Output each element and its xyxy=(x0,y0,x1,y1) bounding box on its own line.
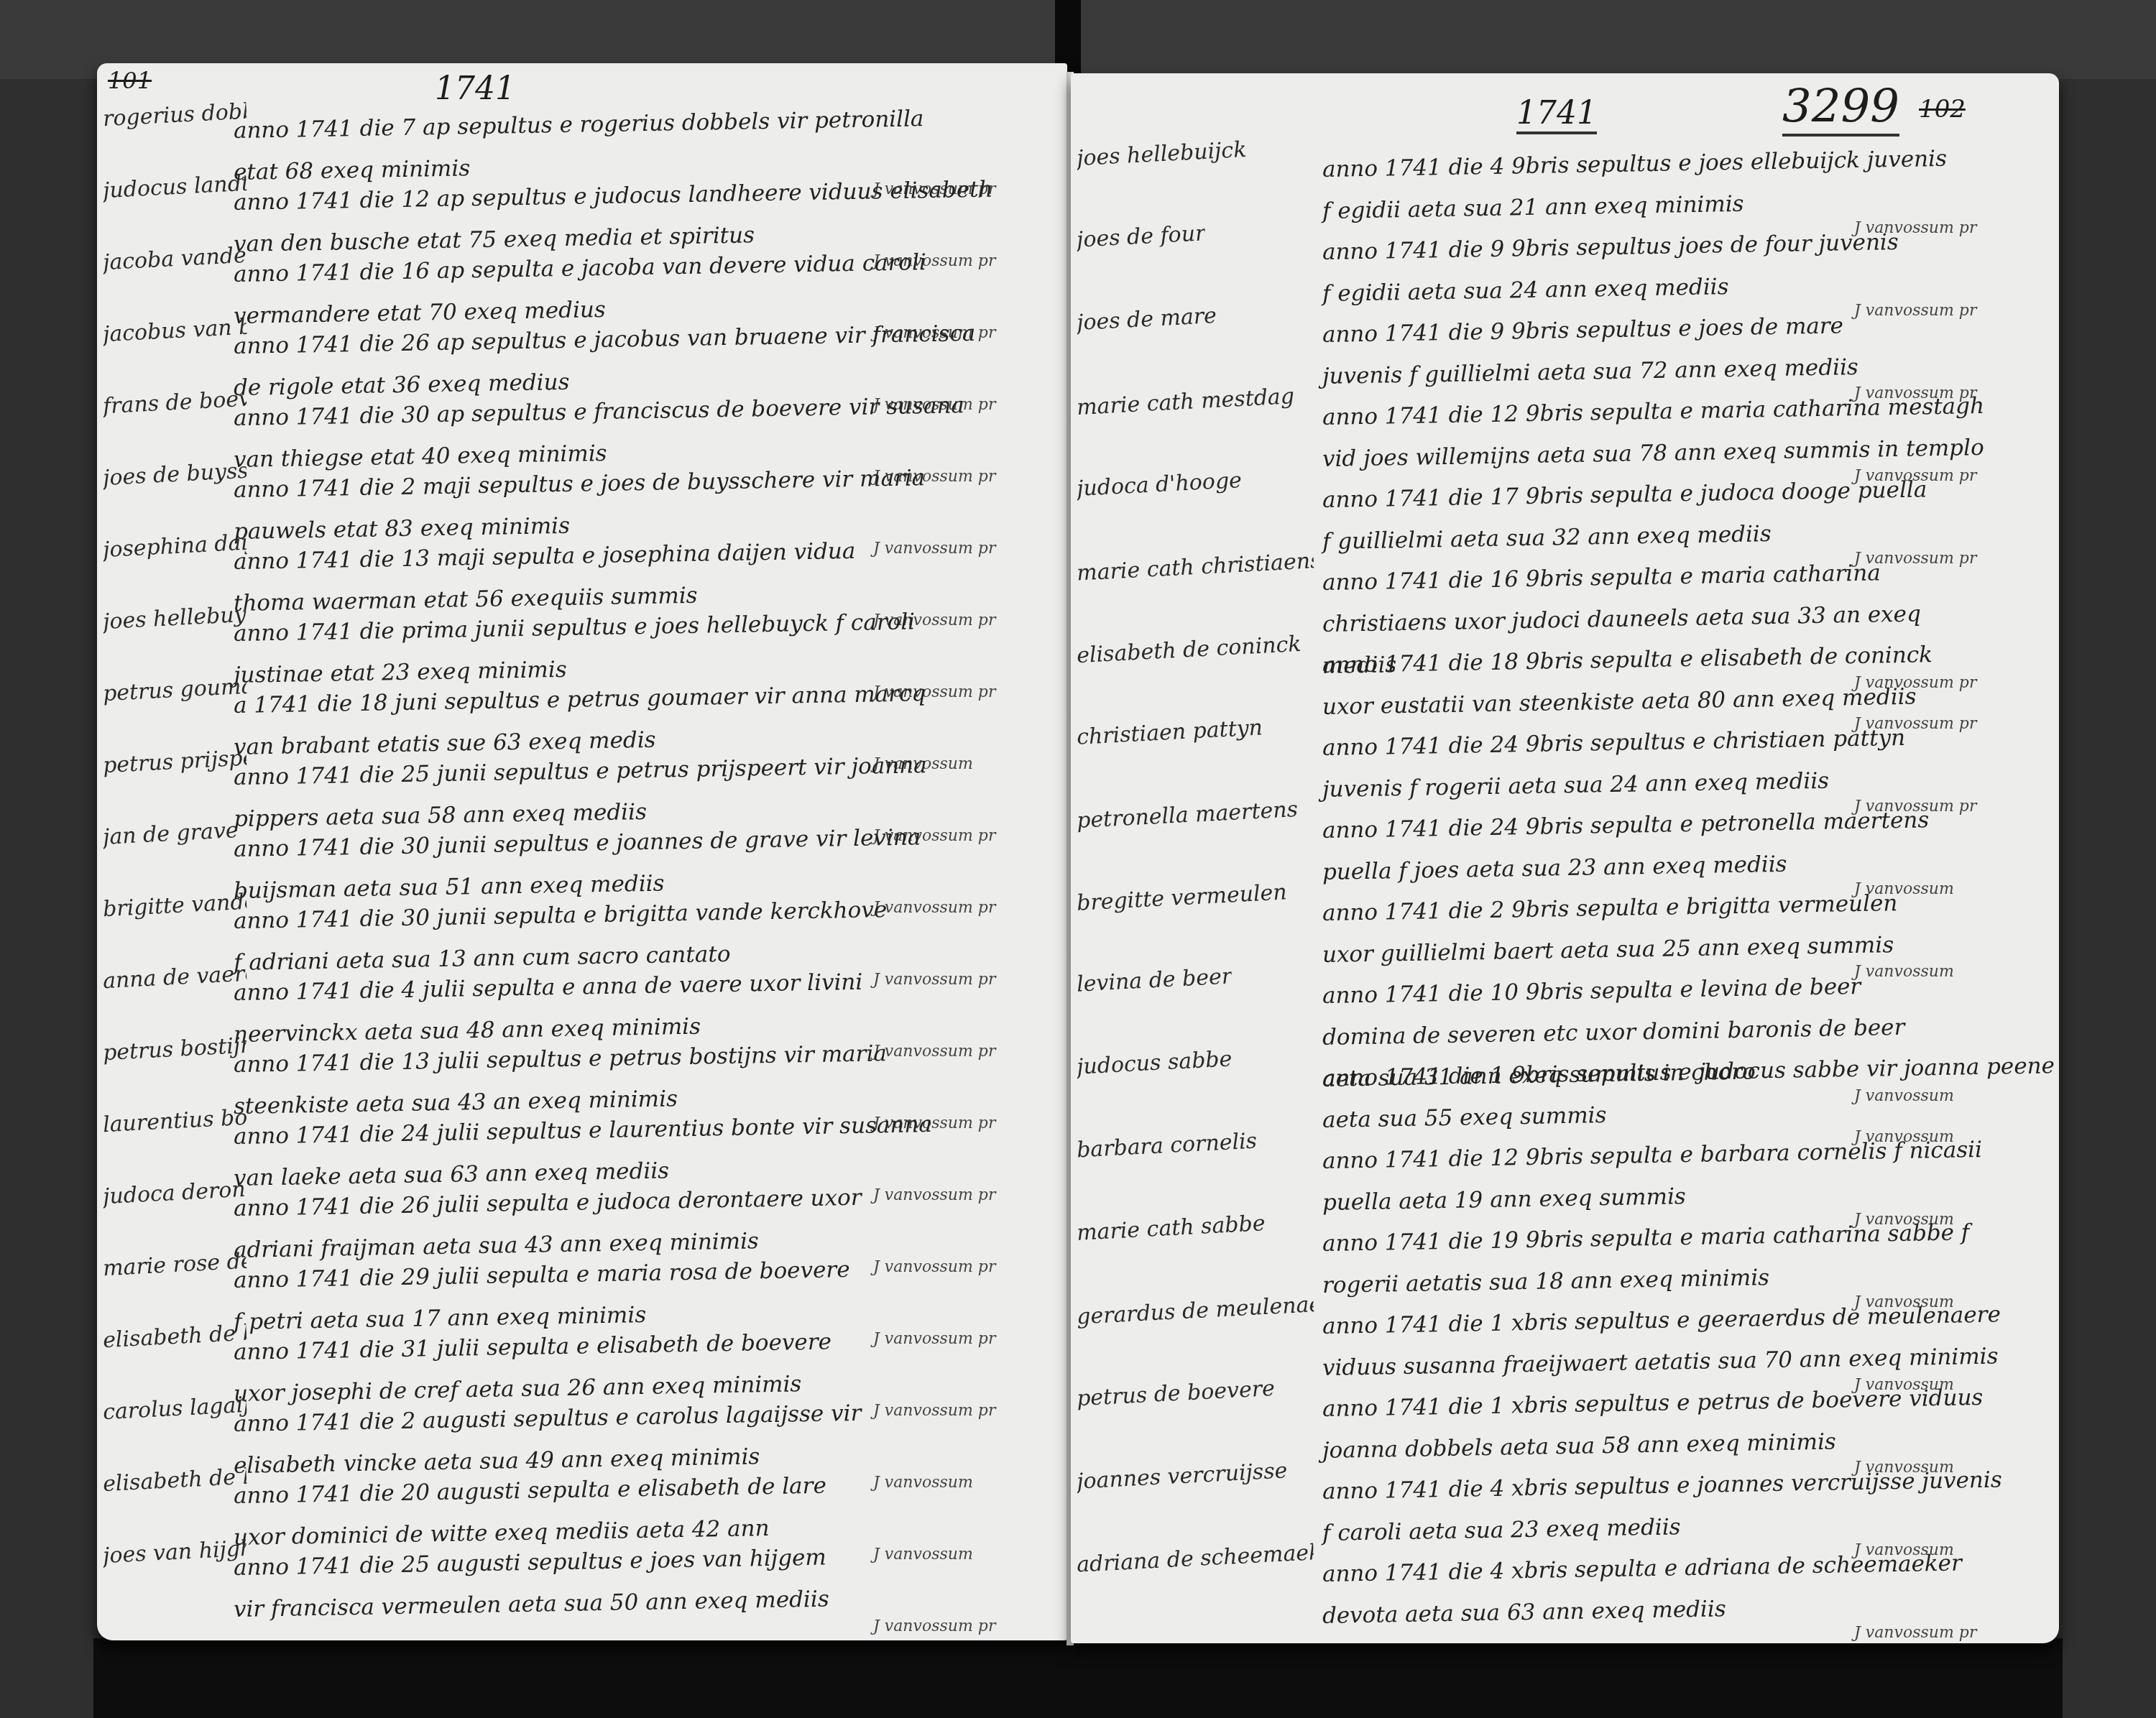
margin-name: judoca derontaere xyxy=(102,1177,247,1209)
margin-name: petrus bostijne xyxy=(102,1033,247,1066)
burial-entry: anno 1741 die 9 9bris sepultus joes de f… xyxy=(1322,231,1899,315)
priest-signature: J vanvossum pr xyxy=(873,971,995,989)
margin-name: joes de mare xyxy=(1076,303,1217,336)
margin-name: barbara cornelis xyxy=(1076,1128,1258,1163)
margin-name: marie rose de boevere xyxy=(102,1249,247,1281)
margin-name: frans de boevere xyxy=(102,387,247,419)
priest-signature: J vanvossum pr xyxy=(873,1186,995,1204)
year-header-left: 1741 xyxy=(435,70,515,107)
margin-name: marie cath mestdag xyxy=(1076,384,1295,420)
margin-name: joes hellebuyck xyxy=(102,602,247,634)
margin-name: rogerius dobbels xyxy=(102,99,247,131)
margin-name: jan de grave xyxy=(102,818,239,850)
burial-entry: anno 1741 die 25 augusti sepultus e joes… xyxy=(234,1547,829,1630)
priest-signature: J vanvossum pr xyxy=(1854,302,1976,320)
margin-name: judoca d'hooge xyxy=(1076,468,1242,502)
margin-name: gerardus de meulenaere xyxy=(1076,1292,1314,1329)
margin-name: bregitte vermeulen xyxy=(1076,879,1287,915)
margin-name: judocus sabbe xyxy=(1076,1046,1233,1079)
margin-name: carolus lagaijsse xyxy=(102,1393,247,1425)
margin-name: joes de buysschere xyxy=(102,458,247,491)
margin-name: marie cath sabbe xyxy=(1076,1211,1266,1246)
margin-name: judocus landtheere xyxy=(102,171,247,203)
year-header-right: 1741 xyxy=(1516,95,1597,134)
margin-name: josephina daijen xyxy=(102,530,247,563)
priest-signature: J vanvossum pr xyxy=(873,1402,995,1420)
burial-entry: anno 1741 die 4 9bris sepultus e joes el… xyxy=(1322,149,1947,232)
burial-entry: anno 1741 die 24 9bris sepultus e christ… xyxy=(1322,727,1905,810)
burial-entry: anno 1741 die 17 9bris sepulta e judoca … xyxy=(1322,479,1927,563)
left-page: 101 1741 rogerius dobbelsanno 1741 die 7… xyxy=(97,63,1067,1640)
margin-name: elisabeth de coninck xyxy=(1076,632,1302,668)
margin-name: laurentius bonte xyxy=(102,1105,247,1137)
margin-name: anna de vaere xyxy=(102,961,247,994)
margin-name: marie cath christiaens xyxy=(1076,548,1314,586)
folio-number: 3299 xyxy=(1782,80,1899,137)
burial-entry: anno 1741 die 2 9bris sepulta e brigitta… xyxy=(1322,892,1897,976)
burial-entry: anno 1741 die 18 9bris sepulta e elisabe… xyxy=(1322,645,1932,728)
priest-signature: J vanvossum pr xyxy=(873,1043,995,1061)
margin-name: petrus de boevere xyxy=(1076,1376,1275,1411)
margin-name: petrus prijspeert xyxy=(102,746,247,778)
margin-name: joes hellebuijck xyxy=(1076,137,1247,171)
right-page: 1741 3299 102 joes hellebuijckanno 1741 … xyxy=(1071,73,2059,1643)
burial-entry: anno 1741 die 24 9bris sepulta e petrone… xyxy=(1322,810,1929,893)
priest-signature: J vanvossum pr xyxy=(873,1258,995,1276)
burial-entry: anno 1741 die 9 9bris sepultus e joes de… xyxy=(1322,314,1858,397)
priest-signature: J vanvossum pr xyxy=(1854,1624,1976,1642)
margin-name: petronella maertens xyxy=(1076,797,1298,833)
old-page-number-left: 101 xyxy=(108,67,152,94)
priest-signature: J vanvossum pr xyxy=(873,540,995,558)
priest-signature: J vanvossum pr xyxy=(873,1617,995,1635)
margin-name: joannes vercruijsse xyxy=(1076,1458,1288,1494)
priest-signature: J vanvossum pr xyxy=(873,1330,995,1348)
margin-name: elisabeth de laere xyxy=(102,1464,247,1497)
priest-signature: J vanvossum xyxy=(873,1474,973,1492)
margin-name: jacobus van bruaene xyxy=(102,315,247,347)
margin-name: levina de beer xyxy=(1076,964,1233,997)
margin-name: joes de four xyxy=(1076,221,1206,252)
margin-name: brigitte vande kerckhove xyxy=(102,890,247,922)
priest-signature: J vanvossum pr xyxy=(873,899,995,917)
margin-name: jacoba vandevere xyxy=(102,243,247,275)
margin-name: elisabeth de boevere xyxy=(102,1321,247,1353)
priest-signature: J vanvossum xyxy=(873,1546,973,1564)
margin-name: joes van hijghem xyxy=(102,1536,247,1569)
margin-name: christiaen pattyn xyxy=(1076,715,1263,750)
margin-name: adriana de scheemaeker xyxy=(1076,1540,1314,1577)
margin-name: petrus goumaere xyxy=(102,674,247,706)
old-page-number-right: 102 xyxy=(1919,95,1966,124)
bottom-shadow xyxy=(93,1638,2063,1718)
